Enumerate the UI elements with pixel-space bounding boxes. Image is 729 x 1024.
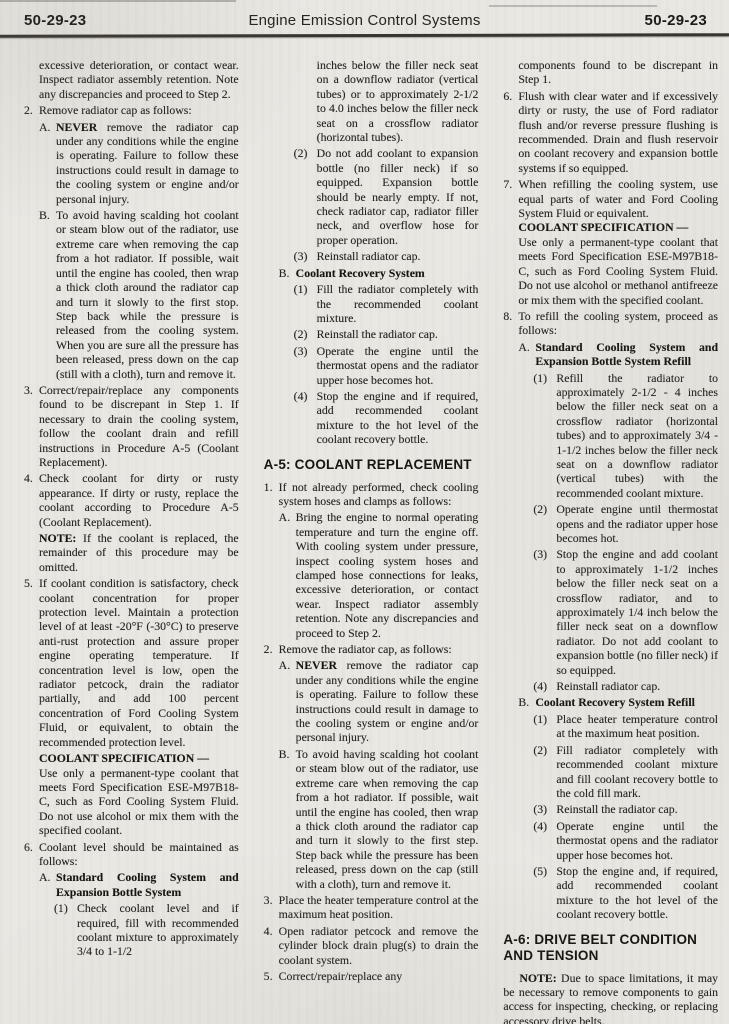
list-marker: 4. bbox=[24, 471, 39, 529]
list-marker: (1) bbox=[533, 371, 556, 501]
list-marker: A. bbox=[279, 658, 296, 744]
list-item: (2)Reinstall the radiator cap. bbox=[264, 327, 479, 341]
list-text: Reinstall the radiator cap. bbox=[317, 327, 479, 341]
list-item: A.NEVER remove the radiator cap under an… bbox=[264, 658, 479, 744]
list-item: B.Coolant Recovery System Refill bbox=[503, 695, 718, 709]
list-item: 4.Check coolant for dirty or rusty appea… bbox=[24, 471, 239, 529]
list-text: Correct/repair/replace any bbox=[279, 969, 479, 983]
list-text: Standard Cooling System and Expansion Bo… bbox=[535, 340, 718, 369]
list-marker: 4. bbox=[264, 924, 279, 967]
list-text: Reinstall radiator cap. bbox=[556, 679, 718, 693]
list-item: 2.Remove radiator cap as follows: bbox=[24, 103, 239, 117]
text-column-3: components found to be discrepant in Ste… bbox=[503, 58, 718, 1024]
list-marker: (4) bbox=[533, 819, 556, 862]
list-item: (4)Reinstall radiator cap. bbox=[503, 679, 718, 693]
list-item: 5.If coolant condition is satisfactory, … bbox=[24, 576, 239, 749]
list-marker: B. bbox=[279, 266, 296, 280]
list-marker: B. bbox=[279, 747, 296, 891]
list-marker: 3. bbox=[24, 383, 39, 469]
list-marker: 5. bbox=[24, 576, 39, 749]
list-item: A.Standard Cooling System and Expansion … bbox=[503, 340, 718, 369]
list-text: Stop the engine and, if required, add re… bbox=[556, 864, 718, 922]
list-text: NOTE: If the coolant is replaced, the re… bbox=[39, 531, 239, 574]
page-title: Engine Emission Control Systems bbox=[0, 12, 729, 29]
list-marker: 8. bbox=[503, 309, 518, 338]
list-text: Refill the radiator to approximately 2-1… bbox=[556, 371, 718, 501]
list-item: 2.Remove the radiator cap, as follows: bbox=[264, 642, 479, 656]
list-marker: (4) bbox=[294, 389, 317, 447]
list-text: To avoid having scalding hot coolant or … bbox=[56, 208, 239, 381]
list-text: Fill the radiator completely with the re… bbox=[317, 282, 479, 325]
list-item: (3)Operate the engine until the thermost… bbox=[264, 344, 479, 387]
list-text: To refill the cooling system, proceed as… bbox=[518, 309, 718, 338]
paragraph: COOLANT SPECIFICATION —Use only a perman… bbox=[24, 751, 239, 837]
list-marker: A. bbox=[39, 870, 56, 899]
list-text: Place heater temperature control at the … bbox=[556, 712, 718, 741]
list-marker: (2) bbox=[294, 327, 317, 341]
list-marker: (3) bbox=[533, 802, 556, 816]
list-marker: 2. bbox=[264, 642, 279, 656]
list-item: (3)Reinstall radiator cap. bbox=[264, 249, 479, 263]
list-text: When refilling the cooling system, use e… bbox=[518, 177, 718, 307]
list-item: 6.Coolant level should be maintained as … bbox=[24, 840, 239, 869]
list-item: 1.If not already performed, check coolin… bbox=[264, 480, 479, 509]
list-text: Stop the engine and if required, add rec… bbox=[317, 389, 479, 447]
list-item: (4)Operate engine until the thermostat o… bbox=[503, 819, 718, 862]
section-heading: A-5: COOLANT REPLACEMENT bbox=[264, 457, 479, 473]
list-item: B.To avoid having scalding hot coolant o… bbox=[264, 747, 479, 891]
list-item: (1)Fill the radiator completely with the… bbox=[264, 282, 479, 325]
list-item: 4.Open radiator petcock and remove the c… bbox=[264, 924, 479, 967]
list-marker: 2. bbox=[24, 103, 39, 117]
list-text: inches below the filler neck seat on a d… bbox=[317, 58, 479, 144]
document-body: excessive deterioration, or contact wear… bbox=[24, 58, 718, 1024]
list-item: A.Bring the engine to normal operating t… bbox=[264, 510, 479, 640]
list-text: Bring the engine to normal operating tem… bbox=[296, 510, 479, 640]
paragraph: inches below the filler neck seat on a d… bbox=[264, 58, 479, 144]
list-marker: (5) bbox=[533, 864, 556, 922]
list-marker: 5. bbox=[264, 969, 279, 983]
list-text: Check coolant level and if required, fil… bbox=[77, 901, 239, 959]
note-paragraph: NOTE: Due to space limitations, it may b… bbox=[503, 971, 718, 1024]
text-column-1: excessive deterioration, or contact wear… bbox=[24, 58, 239, 961]
list-item: 6.Flush with clear water and if excessiv… bbox=[503, 89, 718, 175]
list-item: (2)Do not add coolant to expansion bottl… bbox=[264, 146, 479, 247]
list-text: Operate the engine until the thermostat … bbox=[317, 344, 479, 387]
paragraph: NOTE: If the coolant is replaced, the re… bbox=[24, 531, 239, 574]
section-heading: A-6: DRIVE BELT CONDITION AND TENSION bbox=[503, 932, 718, 964]
list-marker: 3. bbox=[264, 893, 279, 922]
list-marker: (2) bbox=[533, 743, 556, 801]
list-item: (4)Stop the engine and if required, add … bbox=[264, 389, 479, 447]
list-marker: A. bbox=[279, 510, 296, 640]
list-text: NEVER remove the radiator cap under any … bbox=[56, 120, 239, 206]
list-text: Flush with clear water and if excessivel… bbox=[518, 89, 718, 175]
paragraph: components found to be discrepant in Ste… bbox=[503, 58, 718, 87]
list-marker: (2) bbox=[533, 502, 556, 545]
list-item: B.To avoid having scalding hot coolant o… bbox=[24, 208, 239, 381]
list-item: (3)Stop the engine and add coolant to ap… bbox=[503, 547, 718, 677]
list-marker: (3) bbox=[294, 249, 317, 263]
list-marker: 7. bbox=[503, 177, 518, 307]
list-marker: 6. bbox=[24, 840, 39, 869]
list-item: B.Coolant Recovery System bbox=[264, 266, 479, 280]
list-text: If coolant condition is satisfactory, ch… bbox=[39, 576, 239, 749]
list-text: Stop the engine and add coolant to appro… bbox=[556, 547, 718, 677]
list-marker: A. bbox=[39, 120, 56, 206]
list-marker: (1) bbox=[54, 901, 77, 959]
list-text: Check coolant for dirty or rusty appeara… bbox=[39, 471, 239, 529]
header-rule bbox=[0, 33, 729, 38]
list-marker: A. bbox=[518, 340, 535, 369]
list-text: Operate engine until the thermostat open… bbox=[556, 819, 718, 862]
list-item: (1)Place heater temperature control at t… bbox=[503, 712, 718, 741]
list-text: Place the heater temperature control at … bbox=[279, 893, 479, 922]
list-marker: B. bbox=[39, 208, 56, 381]
list-marker: (1) bbox=[294, 282, 317, 325]
list-text: excessive deterioration, or contact wear… bbox=[39, 58, 239, 101]
list-text: Correct/repair/replace any components fo… bbox=[39, 383, 239, 469]
list-text: Fill radiator completely with recommende… bbox=[556, 743, 718, 801]
list-text: Operate engine until thermostat opens an… bbox=[556, 502, 718, 545]
list-marker: (3) bbox=[294, 344, 317, 387]
list-text: Reinstall the radiator cap. bbox=[556, 802, 718, 816]
list-marker: 1. bbox=[264, 480, 279, 509]
list-text: COOLANT SPECIFICATION —Use only a perman… bbox=[39, 751, 239, 837]
scan-artifact-line-top-left bbox=[0, 0, 236, 2]
list-item: (1)Refill the radiator to approximately … bbox=[503, 371, 718, 501]
list-text: Open radiator petcock and remove the cyl… bbox=[279, 924, 479, 967]
list-text: Do not add coolant to expansion bottle (… bbox=[317, 146, 479, 247]
list-marker: (3) bbox=[533, 547, 556, 677]
list-marker: (1) bbox=[533, 712, 556, 741]
list-item: 3.Place the heater temperature control a… bbox=[264, 893, 479, 922]
list-text: components found to be discrepant in Ste… bbox=[518, 58, 718, 87]
list-text: Coolant Recovery System Refill bbox=[535, 695, 718, 709]
list-text: If not already performed, check cooling … bbox=[279, 480, 479, 509]
list-item: (2)Fill radiator completely with recomme… bbox=[503, 743, 718, 801]
list-text: Coolant Recovery System bbox=[296, 266, 479, 280]
list-item: 3.Correct/repair/replace any components … bbox=[24, 383, 239, 469]
list-marker: B. bbox=[518, 695, 535, 709]
page-number-right: 50-29-23 bbox=[645, 12, 707, 29]
list-item: 7.When refilling the cooling system, use… bbox=[503, 177, 718, 307]
scan-artifact-line-top-right bbox=[489, 5, 657, 7]
list-item: (3)Reinstall the radiator cap. bbox=[503, 802, 718, 816]
list-item: A.Standard Cooling System and Expansion … bbox=[24, 870, 239, 899]
list-marker: (2) bbox=[294, 146, 317, 247]
list-item: (2)Operate engine until thermostat opens… bbox=[503, 502, 718, 545]
list-text: Standard Cooling System and Expansion Bo… bbox=[56, 870, 239, 899]
list-text: To avoid having scalding hot coolant or … bbox=[296, 747, 479, 891]
list-text: Reinstall radiator cap. bbox=[317, 249, 479, 263]
list-marker: 6. bbox=[503, 89, 518, 175]
list-item: (5)Stop the engine and, if required, add… bbox=[503, 864, 718, 922]
list-item: A.NEVER remove the radiator cap under an… bbox=[24, 120, 239, 206]
list-item: 5.Correct/repair/replace any bbox=[264, 969, 479, 983]
list-text: Remove the radiator cap, as follows: bbox=[279, 642, 479, 656]
list-text: Coolant level should be maintained as fo… bbox=[39, 840, 239, 869]
list-item: (1)Check coolant level and if required, … bbox=[24, 901, 239, 959]
page-header: 50-29-23 Engine Emission Control Systems… bbox=[0, 10, 729, 34]
list-text: NEVER remove the radiator cap under any … bbox=[296, 658, 479, 744]
list-item: 8.To refill the cooling system, proceed … bbox=[503, 309, 718, 338]
list-text: Remove radiator cap as follows: bbox=[39, 103, 239, 117]
list-marker: (4) bbox=[533, 679, 556, 693]
text-column-2: inches below the filler neck seat on a d… bbox=[264, 58, 479, 985]
paragraph: excessive deterioration, or contact wear… bbox=[24, 58, 239, 101]
